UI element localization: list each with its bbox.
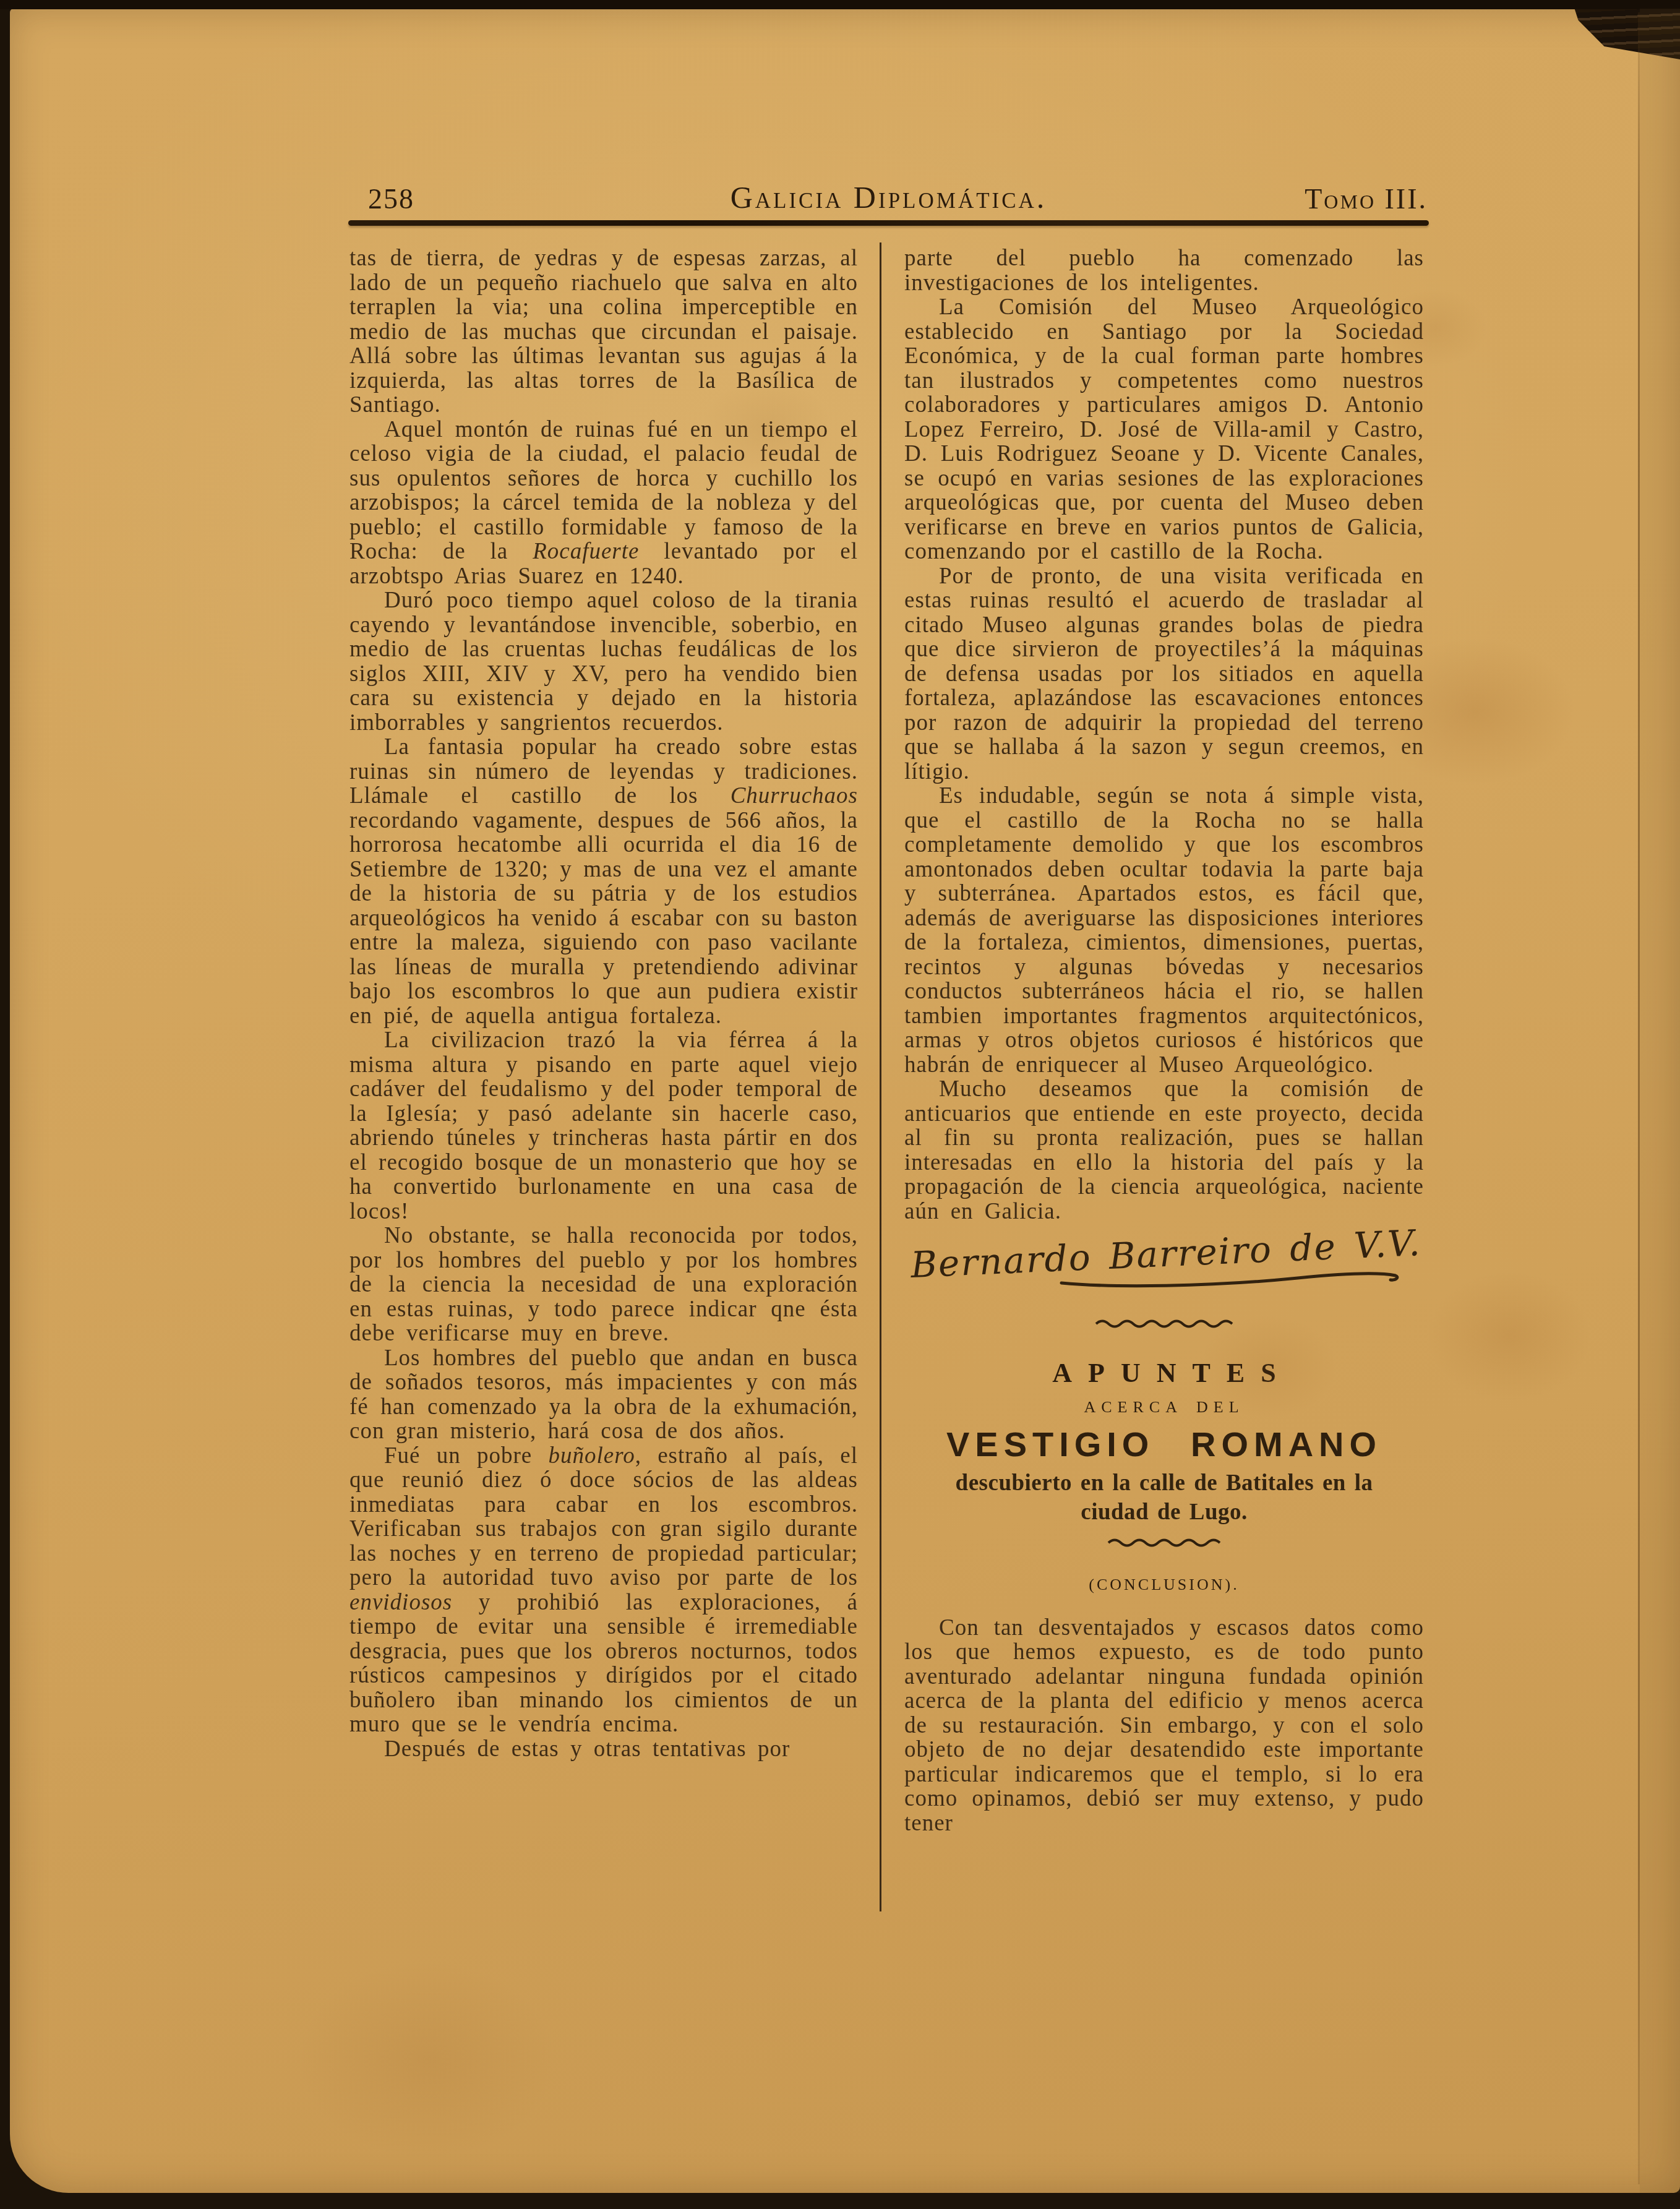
paragraph: Es indudable, según se nota á simple vis…	[904, 784, 1424, 1077]
page-fold-shade	[1640, 9, 1680, 2193]
body-text: Es indudable, según se nota á simple vis…	[904, 783, 1424, 1078]
section-over-title: ACERCA DEL	[904, 1395, 1424, 1420]
emphasized-text: Rocafuerte	[533, 539, 639, 564]
page-number: 258	[368, 182, 414, 215]
body-text: La Comisión del Museo Arqueológico estab…	[904, 294, 1424, 564]
volume-label: Tomo III.	[1305, 182, 1428, 215]
paragraph: Después de estas y otras tentativas por	[349, 1737, 858, 1762]
signature-block: Bernardo Barreiro de V.V.	[904, 1242, 1424, 1289]
scanned-page: { "header": { "page_number": "258", "jou…	[0, 0, 1680, 2209]
paragraph: La Comisión del Museo Arqueológico estab…	[904, 295, 1424, 564]
scan-top-edge	[0, 0, 1680, 9]
paragraph: Duró poco tiempo aquel coloso de la tira…	[349, 588, 858, 735]
section-paragraphs: Con tan desventajados y escasos datos co…	[904, 1616, 1424, 1836]
right-column-paragraphs: parte del pueblo ha comenzado las invest…	[904, 246, 1424, 1224]
column-divider-rule	[880, 242, 881, 1911]
emphasized-text: buñolero	[548, 1443, 635, 1469]
body-text: tas de tierra, de yedras y de espesas za…	[349, 246, 858, 418]
body-text: Fué un pobre	[384, 1443, 548, 1469]
paragraph: Fué un pobre buñolero, estraño al país, …	[349, 1444, 858, 1737]
section-kicker: APUNTES	[904, 1361, 1424, 1386]
body-text: Mucho deseamos que la comisión de anticu…	[904, 1076, 1424, 1224]
wavy-divider	[1093, 1318, 1235, 1329]
body-text: Con tan desventajados y escasos datos co…	[904, 1615, 1424, 1836]
section-subtitle: descubierto en la calle de Batitales en …	[920, 1469, 1408, 1527]
paragraph: No obstante, se halla reconocida por tod…	[349, 1224, 858, 1346]
author-signature: Bernardo Barreiro de V.V.	[911, 1231, 1422, 1277]
header-rule	[348, 220, 1429, 226]
journal-title: Galicia Diplomática.	[731, 179, 1047, 215]
page-header: 258 Galicia Diplomática. Tomo III.	[349, 178, 1428, 215]
right-column: parte del pueblo ha comenzado las invest…	[904, 246, 1424, 1835]
body-text: Después de estas y otras tentativas por	[384, 1736, 790, 1762]
body-text: Duró poco tiempo aquel coloso de la tira…	[349, 588, 858, 736]
paragraph: Mucho deseamos que la comisión de anticu…	[904, 1077, 1424, 1224]
paragraph: Aquel montón de ruinas fué en un tiempo …	[349, 418, 858, 589]
paragraph: tas de tierra, de yedras y de espesas za…	[349, 246, 858, 418]
body-text: Por de pronto, de una visita verificada …	[904, 564, 1424, 784]
wavy-divider	[1105, 1537, 1223, 1548]
paragraph: Con tan desventajados y escasos datos co…	[904, 1616, 1424, 1836]
left-column: tas de tierra, de yedras y de espesas za…	[349, 246, 858, 1761]
paragraph: Por de pronto, de una visita verificada …	[904, 564, 1424, 784]
body-text: recordando vagamente, despues de 566 año…	[349, 808, 858, 1029]
conclusion-label: (CONCLUSION).	[904, 1572, 1424, 1597]
paragraph: parte del pueblo ha comenzado las invest…	[904, 246, 1424, 295]
page-fold-line	[1638, 12, 1640, 2184]
body-text: parte del pueblo ha comenzado las invest…	[904, 246, 1424, 296]
body-text: La civilizacion trazó la via férrea á la…	[349, 1027, 858, 1224]
paragraph: La fantasia popular ha creado sobre esta…	[349, 735, 858, 1028]
paragraph: Los hombres del pueblo que andan en busc…	[349, 1346, 858, 1444]
emphasized-text: envidiosos	[349, 1590, 452, 1615]
body-text: Los hombres del pueblo que andan en busc…	[349, 1345, 858, 1444]
section-title: VESTIGIO ROMANO	[904, 1432, 1424, 1457]
paragraph: La civilizacion trazó la via férrea á la…	[349, 1028, 858, 1224]
emphasized-text: Churruchaos	[731, 783, 858, 809]
body-text: No obstante, se halla reconocida por tod…	[349, 1223, 858, 1346]
